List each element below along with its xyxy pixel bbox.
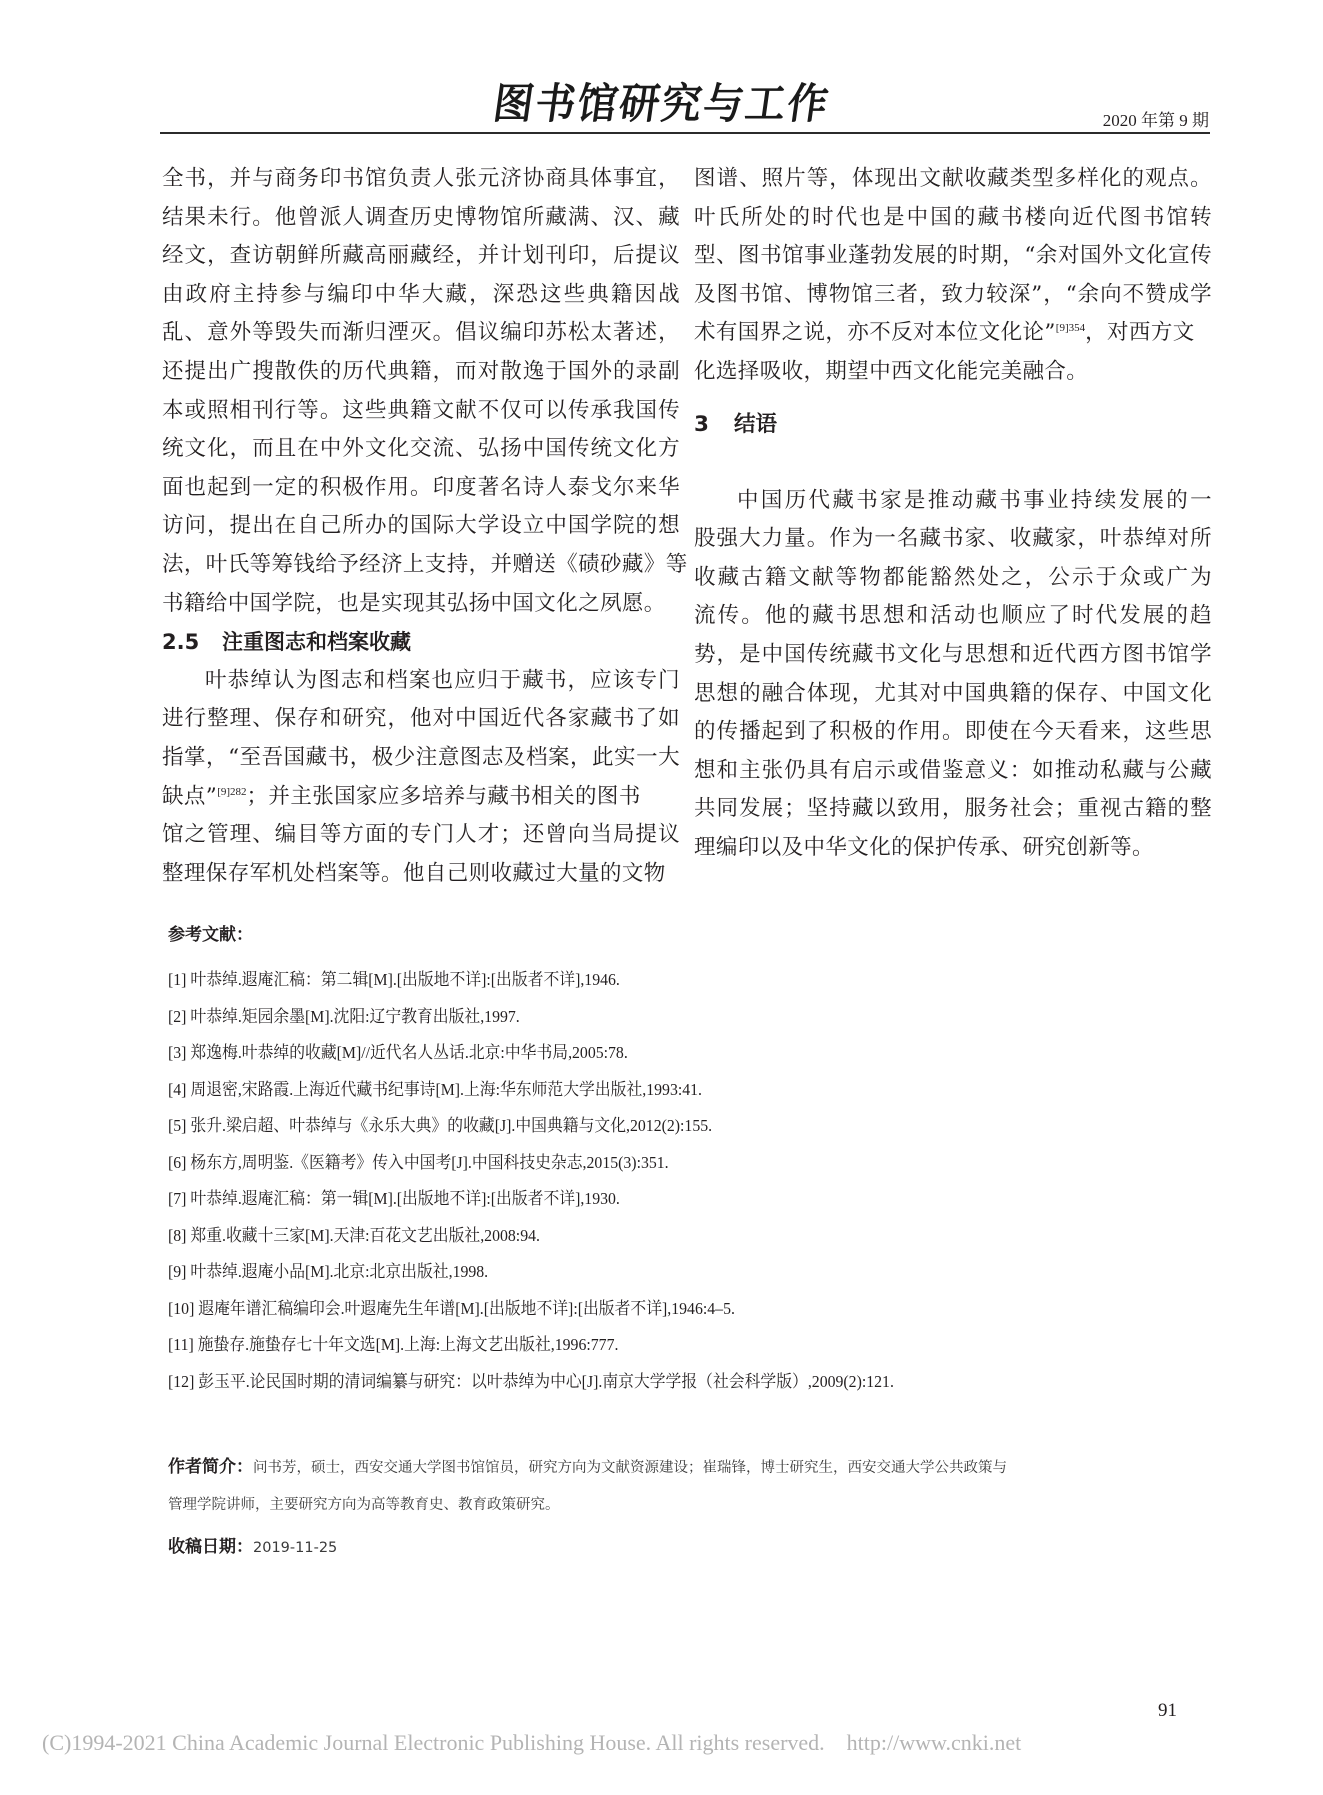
page-number: 91: [1158, 1700, 1177, 1722]
reference-item: [2] 叶恭绰.矩园余墨[M].沈阳:辽宁教育出版社,1997.: [168, 999, 1145, 1036]
reference-item: [10] 遐庵年谱汇稿编印会.叶遐庵先生年谱[M].[出版地不详]:[出版者不详…: [168, 1291, 1145, 1328]
reference-item: [11] 施蛰存.施蛰存七十年文选[M].上海:上海文艺出版社,1996:777…: [168, 1327, 1145, 1364]
text-line: 整理保存军机处档案等。他自己则收藏过大量的文物: [162, 855, 680, 894]
text-line: 经文，查访朝鲜所藏高丽藏经，并计划刊印，后提议: [162, 237, 680, 276]
text-line: 全书，并与商务印书馆负责人张元济协商具体事宜，: [162, 160, 680, 199]
reference-item: [12] 彭玉平.论民国时期的清词编纂与研究：以叶恭绰为中心[J].南京大学学报…: [168, 1364, 1145, 1401]
reference-item: [1] 叶恭绰.遐庵汇稿：第二辑[M].[出版地不详]:[出版者不详],1946…: [168, 962, 1145, 999]
text-line: 图谱、照片等，体现出文献收藏类型多样化的观点。: [694, 160, 1212, 199]
citation-superscript: [9]354: [1056, 322, 1085, 334]
text-line: 的传播起到了积极的作用。即使在今天看来，这些思: [694, 713, 1212, 752]
text-line: 书籍给中国学院，也是实现其弘扬中国文化之夙愿。: [162, 585, 680, 624]
author-bio-text: 问书芳，硕士，西安交通大学图书馆馆员，研究方向为文献资源建设；崔瑞锋，博士研究生…: [253, 1460, 1007, 1476]
text-line: 理编印以及中华文化的保护传承、研究创新等。: [694, 829, 1212, 868]
text-fragment: ；并主张国家应多培养与藏书相关的图书: [247, 784, 641, 809]
author-bio-line: 管理学院讲师，主要研究方向为高等教育史、教育政策研究。: [168, 1486, 1218, 1524]
text-line: 叶恭绰认为图志和档案也应归于藏书，应该专门: [162, 662, 680, 701]
text-line: 结果未行。他曾派人调查历史博物馆所藏满、汉、藏: [162, 199, 680, 238]
text-line: 流传。他的藏书思想和活动也顺应了时代发展的趋: [694, 597, 1212, 636]
text-line: 化选择吸收，期望中西文化能完美融合。: [694, 353, 1212, 392]
references-heading: 参考文献：: [168, 920, 1218, 950]
text-line: 股强大力量。作为一名藏书家、收藏家，叶恭绰对所: [694, 520, 1212, 559]
reference-item: [7] 叶恭绰.遐庵汇稿：第一辑[M].[出版地不详]:[出版者不详],1930…: [168, 1181, 1145, 1218]
journal-title: 图书馆研究与工作: [489, 71, 833, 131]
text-line: 型、图书馆事业蓬勃发展的时期，“余对国外文化宣传: [694, 237, 1212, 276]
header-rule: [160, 132, 1210, 134]
reference-item: [8] 郑重.收藏十三家[M].天津:百花文艺出版社,2008:94.: [168, 1218, 1145, 1255]
received-date-value: 2019-11-25: [253, 1540, 337, 1556]
reference-item: [5] 张升.梁启超、叶恭绰与《永乐大典》的收藏[J].中国典籍与文化,2012…: [168, 1108, 1145, 1145]
copyright-text: (C)1994-2021 China Academic Journal Elec…: [42, 1730, 1021, 1755]
received-date-label: 收稿日期：: [168, 1537, 253, 1557]
text-line-with-citation: 缺点”[9]282；并主张国家应多培养与藏书相关的图书: [162, 778, 680, 817]
right-column: 图谱、照片等，体现出文献收藏类型多样化的观点。 叶氏所处的时代也是中国的藏书楼向…: [694, 160, 1212, 868]
section-number: 3: [694, 406, 734, 444]
section-title: 注重图志和档案收藏: [222, 630, 411, 654]
section-number: 2.5: [162, 623, 222, 662]
text-line: 访问，提出在自己所办的国际大学设立中国学院的想: [162, 507, 680, 546]
issue-label: 2020 年第 9 期: [1103, 106, 1209, 131]
text-line: 面也起到一定的积极作用。印度著名诗人泰戈尔来华: [162, 469, 680, 508]
text-line: 馆之管理、编目等方面的专门人才；还曾向当局提议: [162, 816, 680, 855]
text-line: 法，叶氏等筹钱给予经济上支持，并赠送《碛砂藏》等: [162, 546, 680, 585]
text-line: 进行整理、保存和研究，他对中国近代各家藏书了如: [162, 700, 680, 739]
citation-superscript: [9]282: [217, 785, 246, 797]
text-line: 指掌，“至吾国藏书，极少注意图志及档案，此实一大: [162, 739, 680, 778]
text-line: 想和主张仍具有启示或借鉴意义：如推动私藏与公藏: [694, 752, 1212, 791]
text-line: 乱、意外等毁失而渐归湮灭。倡议编印苏松太著述，: [162, 314, 680, 353]
section-title: 结语: [734, 412, 777, 437]
text-line: 本或照相刊行等。这些典籍文献不仅可以传承我国传: [162, 392, 680, 431]
text-line: 及图书馆、博物馆三者，致力较深”，“余向不赞成学: [694, 276, 1212, 315]
author-bio-section: 作者简介：问书芳，硕士，西安交通大学图书馆馆员，研究方向为文献资源建设；崔瑞锋，…: [168, 1448, 1218, 1566]
author-bio-label: 作者简介：: [168, 1457, 253, 1477]
reference-item: [4] 周退密,宋路霞.上海近代藏书纪事诗[M].上海:华东师范大学出版社,19…: [168, 1072, 1145, 1109]
text-line: 势，是中国传统藏书文化与思想和近代西方图书馆学: [694, 636, 1212, 675]
received-date-line: 收稿日期：2019-11-25: [168, 1528, 1218, 1566]
reference-item: [3] 郑逸梅.叶恭绰的收藏[M]//近代名人丛话.北京:中华书局,2005:7…: [168, 1035, 1145, 1072]
text-line: 收藏古籍文献等物都能豁然处之，公示于众或广为: [694, 559, 1212, 598]
references-section: 参考文献： [1] 叶恭绰.遐庵汇稿：第二辑[M].[出版地不详]:[出版者不详…: [168, 920, 1218, 1400]
text-line: 叶氏所处的时代也是中国的藏书楼向近代图书馆转: [694, 199, 1212, 238]
text-line: 共同发展；坚持藏以致用，服务社会；重视古籍的整: [694, 790, 1212, 829]
reference-item: [9] 叶恭绰.遐庵小品[M].北京:北京出版社,1998.: [168, 1254, 1145, 1291]
text-line-with-citation: 术有国界之说，亦不反对本位文化论”[9]354，对西方文: [694, 314, 1212, 353]
text-line: 思想的融合体现，尤其对中国典籍的保存、中国文化: [694, 675, 1212, 714]
quote-end: 缺点”: [162, 784, 217, 809]
text-fragment: 术有国界之说，亦不反对本位文化论”: [694, 320, 1056, 345]
section-heading-2-5: 2.5注重图志和档案收藏: [162, 623, 680, 662]
left-column: 全书，并与商务印书馆负责人张元济协商具体事宜， 结果未行。他曾派人调查历史博物馆…: [162, 160, 680, 893]
text-line: 统文化，而且在中外文化交流、弘扬中国传统文化方: [162, 430, 680, 469]
copyright-watermark: (C)1994-2021 China Academic Journal Elec…: [42, 1730, 1021, 1756]
section-heading-3: 3结语: [694, 406, 1212, 444]
reference-item: [6] 杨东方,周明鉴.《医籍考》传入中国考[J].中国科技史杂志,2015(3…: [168, 1145, 1145, 1182]
text-line: 由政府主持参与编印中华大藏，深恐这些典籍因战: [162, 276, 680, 315]
text-fragment: ，对西方文: [1085, 320, 1195, 345]
author-bio-line: 作者简介：问书芳，硕士，西安交通大学图书馆馆员，研究方向为文献资源建设；崔瑞锋，…: [168, 1448, 1218, 1486]
text-line: 还提出广搜散佚的历代典籍，而对散逸于国外的录副: [162, 353, 680, 392]
text-line: 中国历代藏书家是推动藏书事业持续发展的一: [694, 482, 1212, 521]
